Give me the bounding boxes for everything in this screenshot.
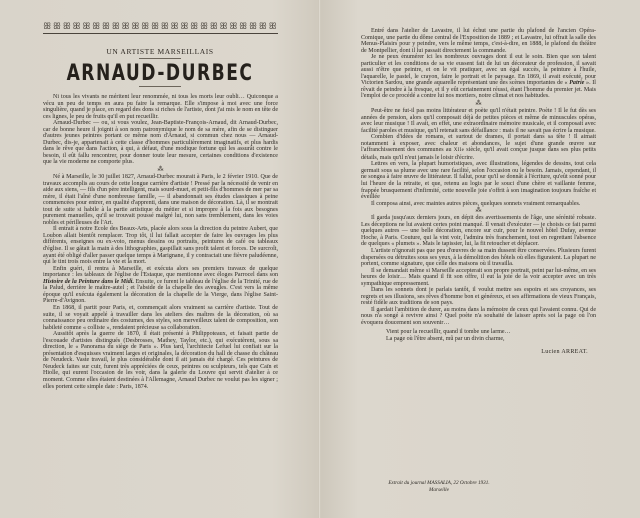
- paragraph: Il composa ainsi, avec maintes autres pi…: [361, 201, 596, 208]
- text-run: Je ne peux énumérer ici les nombreux ouv…: [361, 54, 596, 86]
- left-column: Ni tous les vivants ne méritent leur ren…: [43, 94, 278, 390]
- paragraph: Ni tous les vivants ne méritent leur ren…: [43, 94, 278, 120]
- source-citation: Extrait du journal MASSALIA, 22 Octobre …: [364, 480, 514, 493]
- article-title: ARNAUD-DURBEC: [0, 60, 320, 85]
- century-numeral: XIIe: [454, 148, 464, 153]
- author-signature: Lucien ARREAT.: [361, 349, 588, 356]
- paragraph: Je ne peux énumérer ici les nombreux ouv…: [361, 54, 596, 100]
- title-rule-bottom: [139, 86, 181, 87]
- poem-quote: Vient pour la recueillir, quand il tombe…: [386, 329, 596, 343]
- paragraph: Entré dans l'atelier de Lavastre, il lui…: [361, 28, 596, 54]
- paragraph: Né à Marseille, le 30 juillet 1827, Arna…: [43, 174, 278, 226]
- text-run: Enfin guéri, il rentra à Marseille, et e…: [43, 266, 278, 279]
- work-title: Patrie: [569, 80, 584, 86]
- paragraph: Il se demandait même si Marseille accept…: [361, 268, 596, 288]
- poem-line: Vient pour la recueillir, quand il tombe…: [386, 329, 596, 336]
- source-city: Marseille: [364, 487, 514, 494]
- paragraph: Il gardait l'ambition de durer, au moins…: [361, 307, 596, 327]
- article-kicker: UN ARTISTE MARSEILLAIS: [0, 47, 320, 56]
- asterism: ⁂: [361, 101, 596, 107]
- paragraph: L'artiste n'ignorait pas que peu d'œuvre…: [361, 248, 596, 268]
- right-column: Entré dans l'atelier de Lavastre, il lui…: [361, 28, 596, 355]
- asterism: ⁂: [361, 208, 596, 214]
- title-rule-top: [139, 58, 181, 59]
- paragraph: Peut-être ne fut-il pas moins littérateu…: [361, 108, 596, 134]
- paragraph: Dans les sonnets dont je parlais tantôt,…: [361, 287, 596, 307]
- paragraph: Lettres en vers, la plupart humoristique…: [361, 161, 596, 200]
- left-page: ꕥ ꕥ ꕥ ꕥ ꕥ ꕥ ꕥ ꕥ ꕥ ꕥ ꕥ ꕥ ꕥ ꕥ ꕥ ꕥ ꕥ ꕥ ꕥ ꕥ …: [0, 0, 320, 518]
- book-title: Histoire de la Peinture dans le Midi.: [43, 279, 134, 285]
- ornament-rule: [43, 33, 278, 34]
- book-spread: ꕥ ꕥ ꕥ ꕥ ꕥ ꕥ ꕥ ꕥ ꕥ ꕥ ꕥ ꕥ ꕥ ꕥ ꕥ ꕥ ꕥ ꕥ ꕥ ꕥ …: [0, 0, 640, 518]
- paragraph: Il garda jusqu'aux derniers jours, en dé…: [361, 215, 596, 248]
- paragraph: Il entrait à notre Ecole des Beaux-Arts,…: [43, 226, 278, 265]
- asterism: ⁂: [43, 167, 278, 173]
- poem-line: La page où l'être absent, mû par un divi…: [386, 336, 596, 343]
- paragraph: Arnaud-Durbec — ou, si vous voulez, Jean…: [43, 120, 278, 166]
- paragraph: En 1868, il partit pour Paris, et, comme…: [43, 305, 278, 331]
- paragraph: Combien d'idées de romans, et surtout de…: [361, 134, 596, 161]
- book-gutter: [318, 0, 321, 518]
- paragraph: Enfin guéri, il rentra à Marseille, et e…: [43, 266, 278, 305]
- paragraph: Aussitôt après la guerre de 1870, il éta…: [43, 331, 278, 390]
